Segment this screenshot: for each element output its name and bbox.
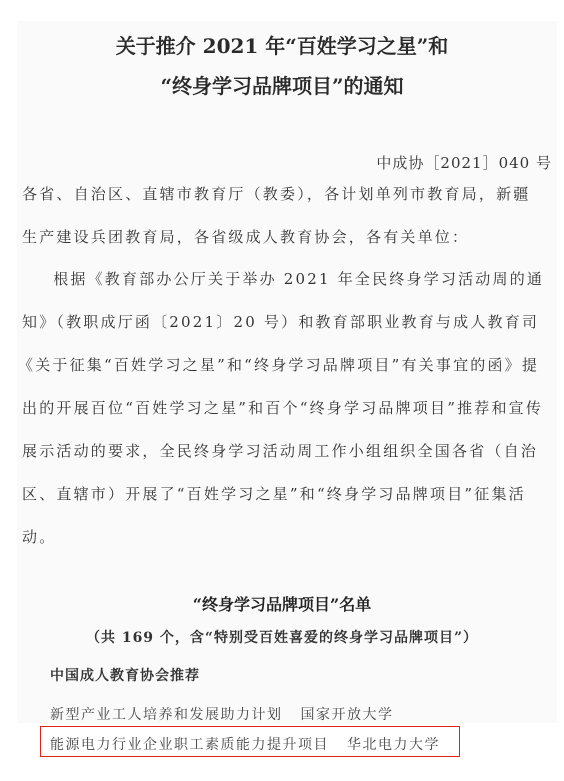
document-title-line-2: “终身学习品牌项目”的通知 xyxy=(0,70,564,99)
addressee-line: 生产建设兵团教育局，各省级成人教育协会，各有关单位： xyxy=(22,226,469,247)
organization-name: 国家开放大学 xyxy=(301,707,394,723)
project-name: 新型产业工人培养和发展助力计划 xyxy=(50,707,283,723)
list-subtitle: （共 169 个，含“特别受百姓喜爱的终身学习品牌项目”） xyxy=(0,627,564,647)
body-line: 展示活动的要求，全民终身学习活动周工作小组组织全国各省（自治 xyxy=(22,440,538,461)
body-line: 动。 xyxy=(22,526,56,547)
body-line: 知》（教职成厅函〔2021〕20 号）和教育部职业教育与成人教育司 xyxy=(22,311,539,332)
section-heading: 中国成人教育协会推荐 xyxy=(50,665,200,685)
body-line: 《关于征集“百姓学习之星”和“终身学习品牌项目”有关事宜的函》提 xyxy=(18,354,539,375)
list-item-highlighted: 能源电力行业企业职工素质能力提升项目华北电力大学 xyxy=(50,734,440,754)
document-number: 中成协［2021］040 号 xyxy=(376,152,552,173)
document-title-line-1: 关于推介 2021 年“百姓学习之星”和 xyxy=(0,30,564,59)
body-line: 出的开展百位“百姓学习之星”和百个“终身学习品牌项目”推荐和宣传 xyxy=(22,397,543,418)
organization-name: 华北电力大学 xyxy=(347,737,440,753)
list-item: 新型产业工人培养和发展助力计划国家开放大学 xyxy=(50,704,394,724)
project-name: 能源电力行业企业职工素质能力提升项目 xyxy=(50,737,329,753)
body-line: 根据《教育部办公厅关于举办 2021 年全民终身学习活动周的通 xyxy=(36,268,544,289)
body-line: 区、直辖市）开展了“百姓学习之星”和“终身学习品牌项目”征集活 xyxy=(22,483,526,504)
list-title: “终身学习品牌项目”名单 xyxy=(0,592,564,615)
addressee-line: 各省、自治区、直辖市教育厅（教委），各计划单列市教育局，新疆 xyxy=(22,183,531,204)
